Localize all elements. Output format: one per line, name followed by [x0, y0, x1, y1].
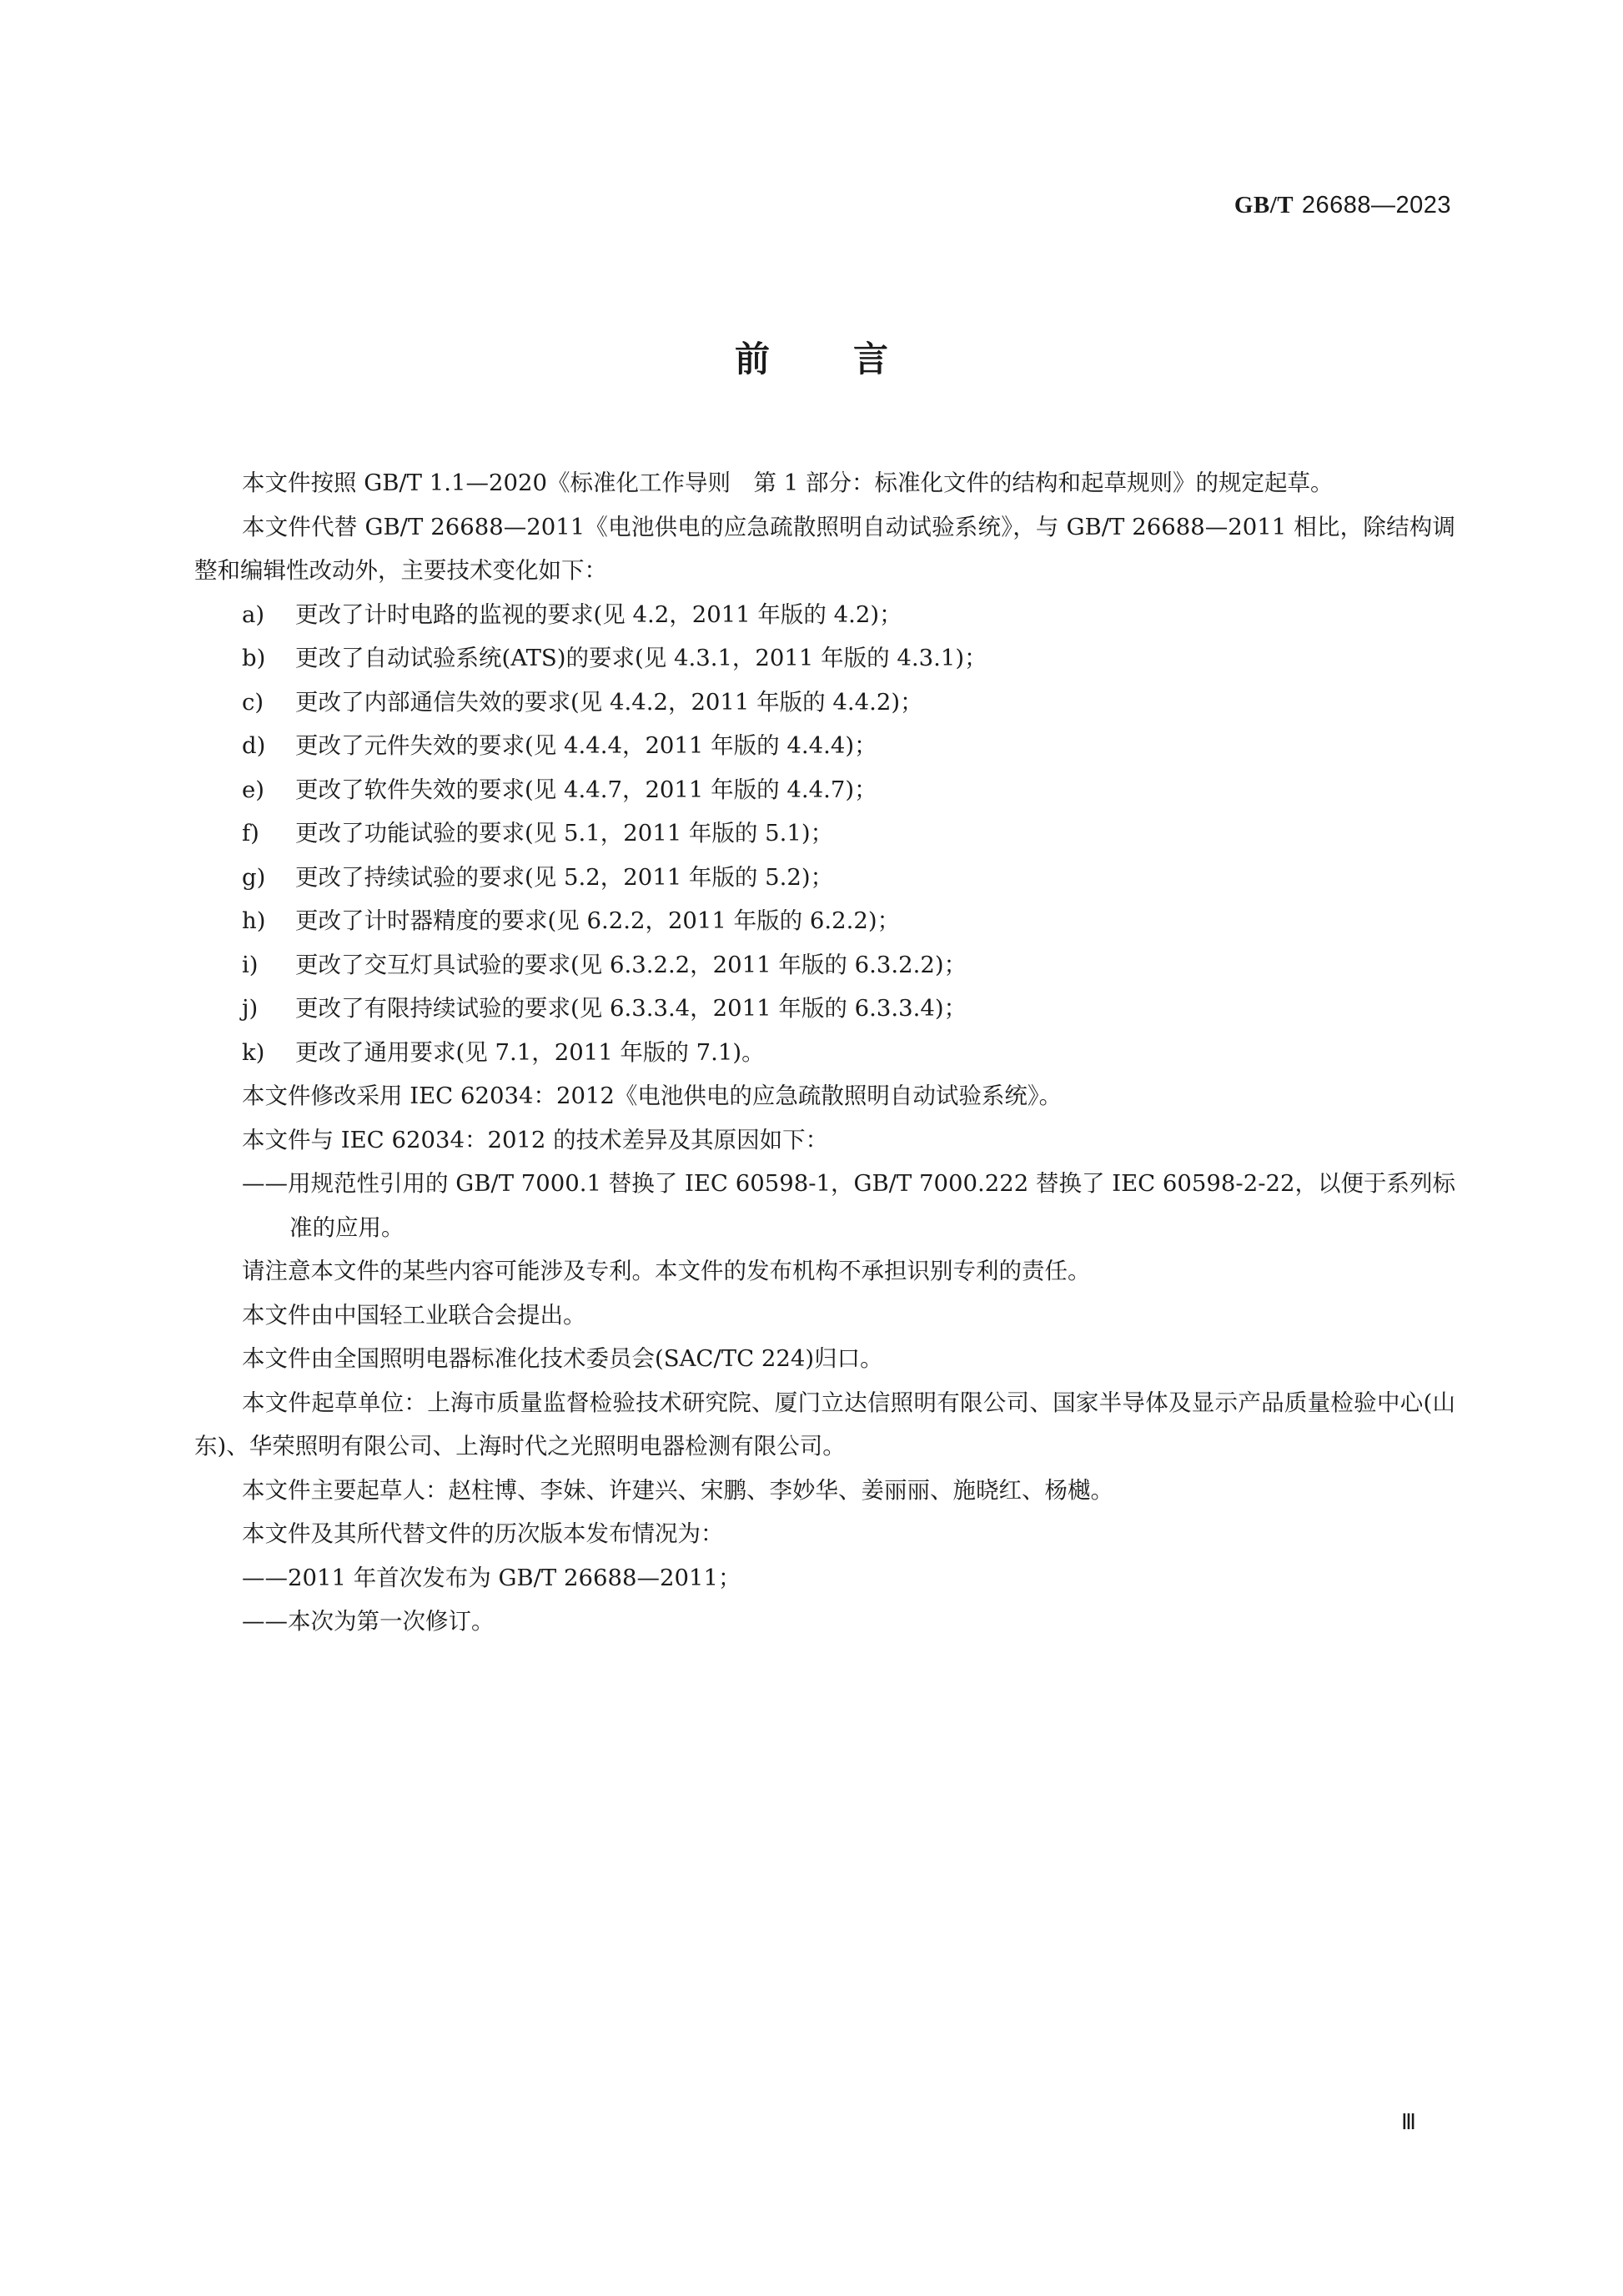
- list-marker: f): [242, 811, 295, 856]
- list-marker: d): [242, 724, 295, 768]
- drafters-paragraph: 本文件主要起草人：赵柱博、李妹、许建兴、宋鹏、李妙华、姜丽丽、施晓红、杨樾。: [194, 1469, 1455, 1513]
- list-item: f)更改了功能试验的要求(见 5.1，2011 年版的 5.1)；: [194, 811, 1455, 856]
- list-item: e)更改了软件失效的要求(见 4.4.7，2011 年版的 4.4.7)；: [194, 768, 1455, 812]
- list-marker: e): [242, 768, 295, 812]
- list-item: h)更改了计时器精度的要求(见 6.2.2，2011 年版的 6.2.2)；: [194, 899, 1455, 943]
- committee-paragraph: 本文件由全国照明电器标准化技术委员会(SAC/TC 224)归口。: [194, 1337, 1455, 1381]
- technical-changes-list: a)更改了计时电路的监视的要求(见 4.2，2011 年版的 4.2)； b)更…: [194, 593, 1455, 1075]
- list-item: g)更改了持续试验的要求(见 5.2，2011 年版的 5.2)；: [194, 856, 1455, 900]
- list-item-text: 更改了元件失效的要求(见 4.4.4，2011 年版的 4.4.4)；: [295, 724, 877, 768]
- drafting-organizations-paragraph: 本文件起草单位：上海市质量监督检验技术研究院、厦门立达信照明有限公司、国家半导体…: [194, 1381, 1455, 1469]
- history-item: ——本次为第一次修订。: [194, 1600, 1455, 1644]
- list-item-text: 更改了持续试验的要求(见 5.2，2011 年版的 5.2)；: [295, 856, 833, 900]
- page-title: 前言: [0, 332, 1623, 382]
- standard-prefix: GB/T: [1234, 192, 1294, 219]
- list-marker: h): [242, 899, 295, 943]
- list-item-text: 更改了通用要求(见 7.1，2011 年版的 7.1)。: [295, 1031, 765, 1075]
- list-item-text: 更改了自动试验系统(ATS)的要求(见 4.3.1，2011 年版的 4.3.1…: [295, 636, 987, 681]
- list-item: i)更改了交互灯具试验的要求(见 6.3.2.2，2011 年版的 6.3.2.…: [194, 943, 1455, 987]
- patent-notice-paragraph: 请注意本文件的某些内容可能涉及专利。本文件的发布机构不承担识别专利的责任。: [194, 1249, 1455, 1294]
- list-marker: a): [242, 593, 295, 637]
- list-item: j)更改了有限持续试验的要求(见 6.3.3.4，2011 年版的 6.3.3.…: [194, 987, 1455, 1031]
- replacement-paragraph: 本文件代替 GB/T 26688—2011《电池供电的应急疏散照明自动试验系统》…: [194, 505, 1455, 593]
- list-item-text: 更改了软件失效的要求(见 4.4.7，2011 年版的 4.4.7)；: [295, 768, 877, 812]
- list-marker: i): [242, 943, 295, 987]
- list-item-text: 更改了计时器精度的要求(见 6.2.2，2011 年版的 6.2.2)；: [295, 899, 900, 943]
- list-marker: g): [242, 856, 295, 900]
- list-marker: k): [242, 1031, 295, 1075]
- list-item: c)更改了内部通信失效的要求(见 4.4.2，2011 年版的 4.4.2)；: [194, 681, 1455, 725]
- list-marker: j): [242, 987, 295, 1031]
- foreword-body: 本文件按照 GB/T 1.1—2020《标准化工作导则 第 1 部分：标准化文件…: [194, 461, 1455, 1644]
- drafting-rule-paragraph: 本文件按照 GB/T 1.1—2020《标准化工作导则 第 1 部分：标准化文件…: [194, 461, 1455, 505]
- list-item: d)更改了元件失效的要求(见 4.4.4，2011 年版的 4.4.4)；: [194, 724, 1455, 768]
- list-item-text: 更改了内部通信失效的要求(见 4.4.2，2011 年版的 4.4.2)；: [295, 681, 923, 725]
- list-marker: c): [242, 681, 295, 725]
- standard-number: 26688—2023: [1302, 192, 1451, 219]
- list-marker: b): [242, 636, 295, 681]
- list-item: b)更改了自动试验系统(ATS)的要求(见 4.3.1，2011 年版的 4.3…: [194, 636, 1455, 681]
- list-item-text: 更改了功能试验的要求(见 5.1，2011 年版的 5.1)；: [295, 811, 833, 856]
- history-item: ——2011 年首次发布为 GB/T 26688—2011；: [194, 1556, 1455, 1600]
- proposer-paragraph: 本文件由中国轻工业联合会提出。: [194, 1294, 1455, 1338]
- adoption-paragraph: 本文件修改采用 IEC 62034：2012《电池供电的应急疏散照明自动试验系统…: [194, 1074, 1455, 1118]
- technical-difference-item: ——用规范性引用的 GB/T 7000.1 替换了 IEC 60598-1，GB…: [194, 1162, 1455, 1249]
- list-item: a)更改了计时电路的监视的要求(见 4.2，2011 年版的 4.2)；: [194, 593, 1455, 637]
- technical-differences-paragraph: 本文件与 IEC 62034：2012 的技术差异及其原因如下：: [194, 1118, 1455, 1163]
- list-item-text: 更改了交互灯具试验的要求(见 6.3.2.2，2011 年版的 6.3.2.2)…: [295, 943, 967, 987]
- list-item-text: 更改了计时电路的监视的要求(见 4.2，2011 年版的 4.2)；: [295, 593, 902, 637]
- history-intro-paragraph: 本文件及其所代替文件的历次版本发布情况为：: [194, 1512, 1455, 1556]
- list-item: k)更改了通用要求(见 7.1，2011 年版的 7.1)。: [194, 1031, 1455, 1075]
- list-item-text: 更改了有限持续试验的要求(见 6.3.3.4，2011 年版的 6.3.3.4)…: [295, 987, 967, 1031]
- standard-code: GB/T 26688—2023: [1234, 190, 1451, 219]
- page-number: Ⅲ: [1401, 2110, 1416, 2135]
